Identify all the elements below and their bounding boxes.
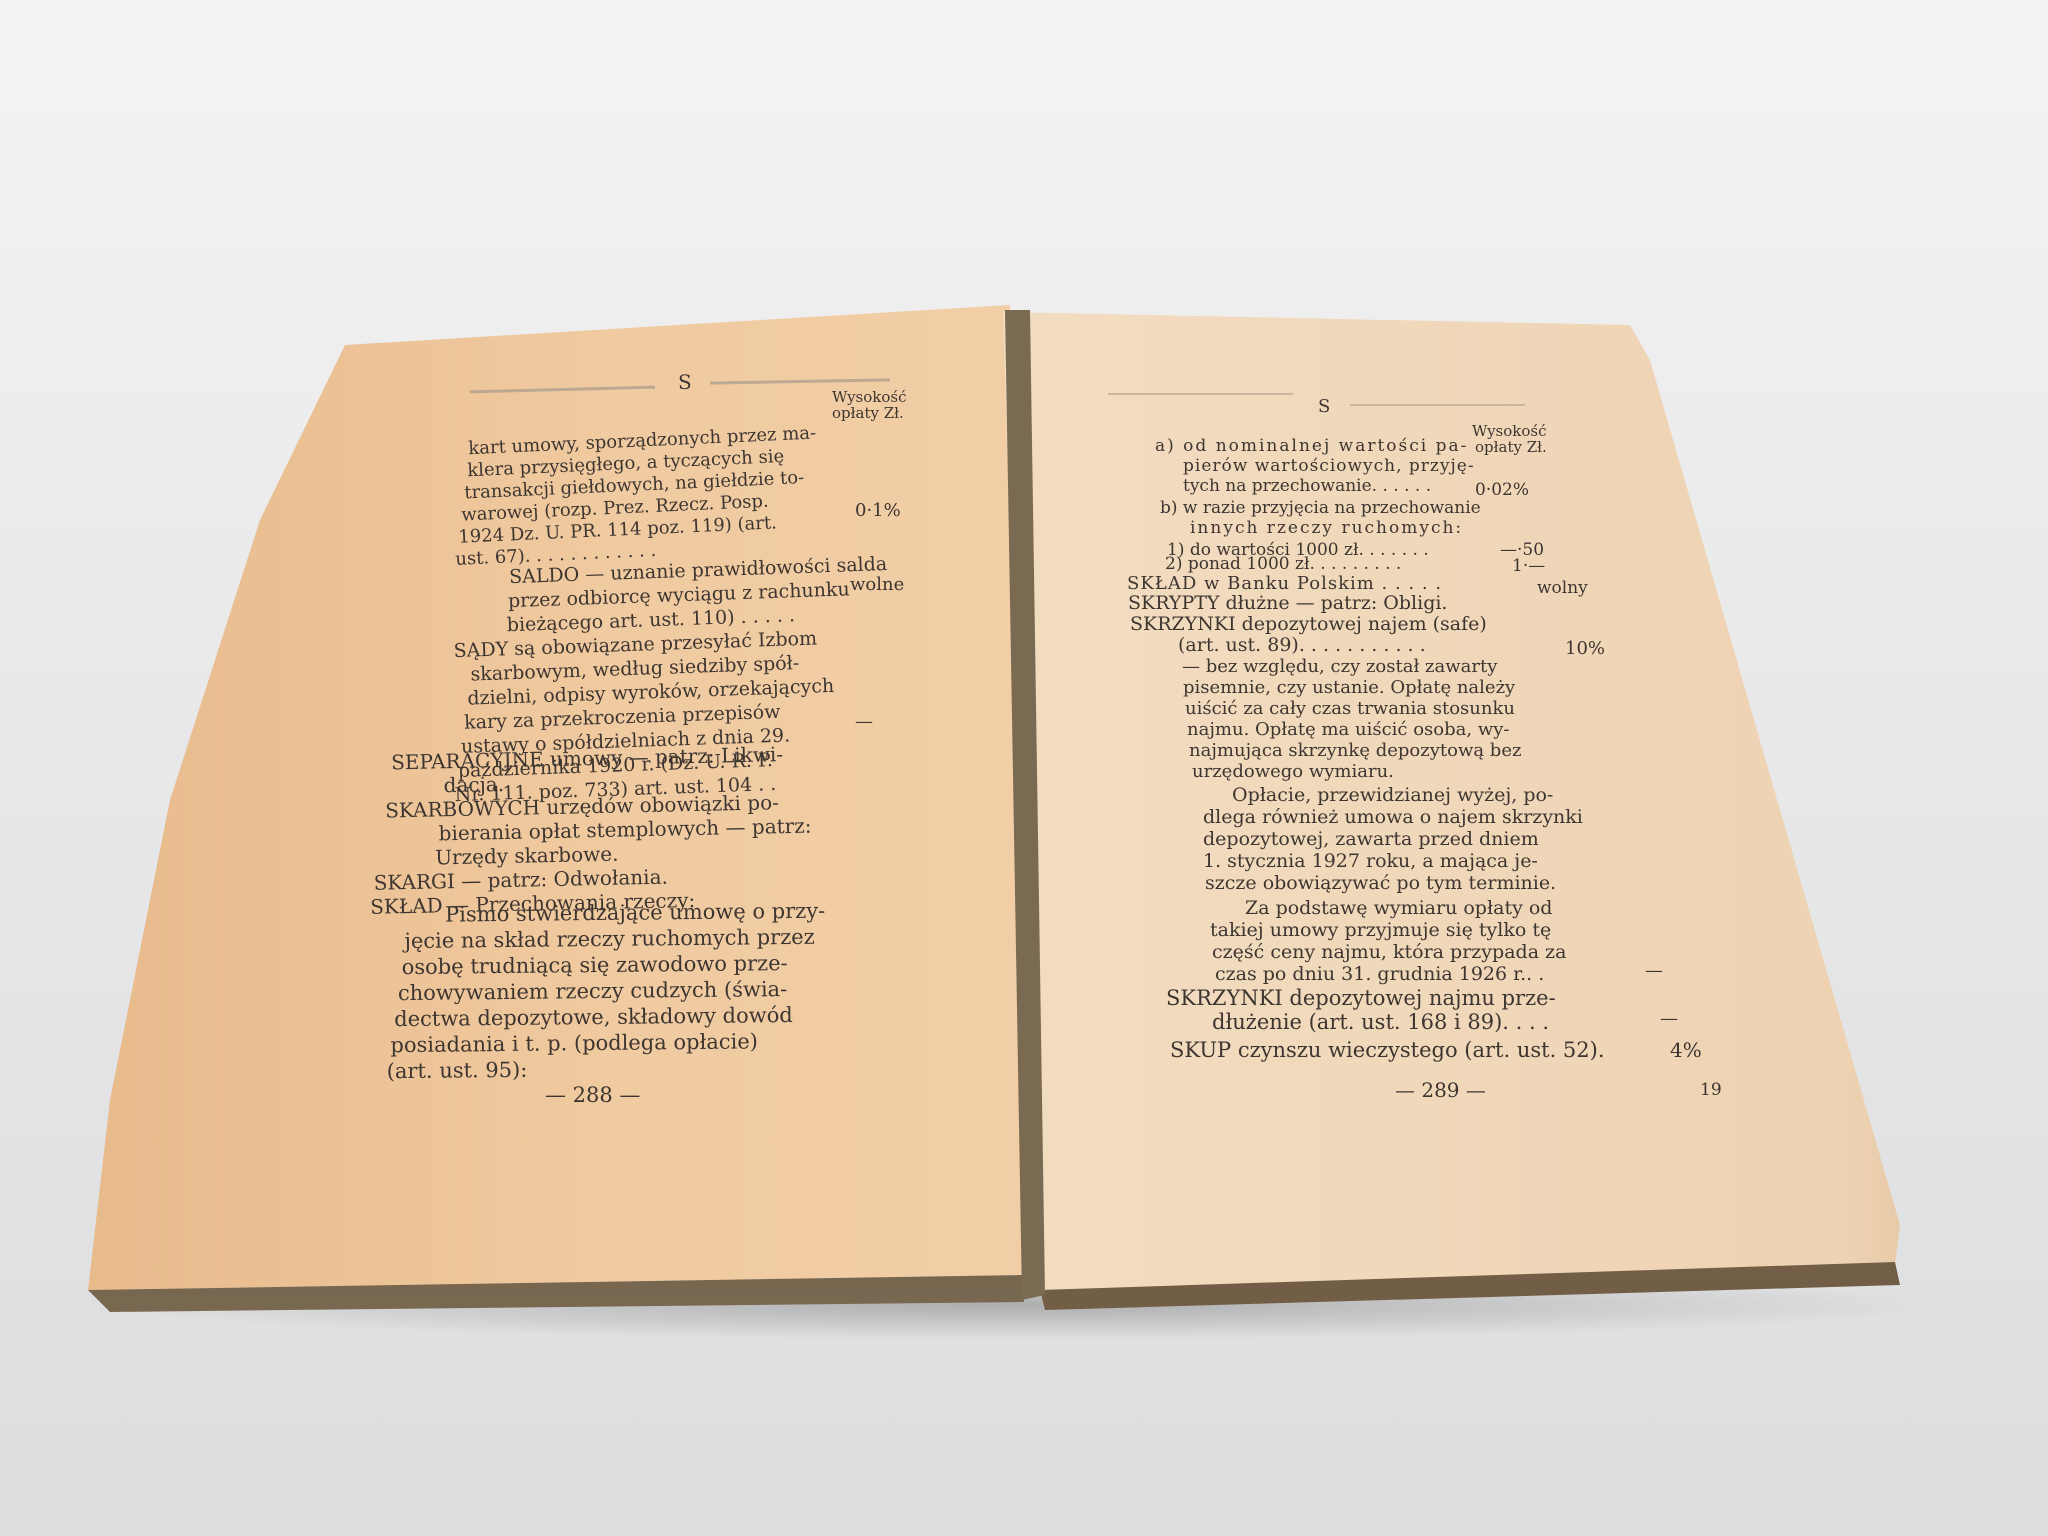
- text-line: uiścić za cały czas trwania stosunku: [1185, 700, 1515, 718]
- column-header-1: Wysokość: [1472, 424, 1547, 439]
- text-line: dłużenie (art. ust. 168 i 89). . . .: [1212, 1012, 1549, 1033]
- text-line: tych na przechowanie. . . . . .: [1183, 478, 1431, 495]
- text-line: 2) ponad 1000 zł. . . . . . . . .: [1165, 556, 1401, 573]
- text-line: czas po dniu 31. grudnia 1926 r.. .: [1215, 965, 1544, 984]
- text-line: osobę trudniącą się zawodowo prze-: [402, 953, 788, 978]
- text-line: (art. ust. 89). . . . . . . . . . .: [1178, 636, 1426, 655]
- signature-mark: 19: [1700, 1082, 1722, 1099]
- fee-value: wolny: [1537, 580, 1588, 597]
- fee-value: —: [1660, 1010, 1678, 1028]
- text-line: dlega również umowa o najem skrzynki: [1203, 808, 1583, 827]
- text-line: najmująca skrzynkę depozytową bez: [1189, 742, 1521, 760]
- fee-value: 1·—: [1512, 558, 1545, 575]
- text-line: Urzędy skarbowe.: [435, 844, 619, 868]
- text-line: dacja.: [443, 774, 504, 795]
- text-line: pierów wartościowych, przyję-: [1183, 458, 1475, 475]
- fee-value: 4%: [1670, 1040, 1702, 1060]
- text-line: chowywaniem rzeczy cudzych (świa-: [398, 979, 788, 1004]
- text-line: dectwa depozytowe, składowy dowód: [394, 1005, 793, 1030]
- text-line: SKŁAD w Banku Polskim . . . . .: [1127, 575, 1442, 593]
- header-rule-left: [1108, 393, 1293, 395]
- fee-value: 0·02%: [1475, 482, 1529, 499]
- fee-value: —: [1645, 962, 1663, 980]
- text-line: a) od nominalnej wartości pa-: [1155, 438, 1468, 455]
- text-line: Pismo stwierdzające umowę o przy-: [445, 901, 825, 926]
- fee-value: 0·1%: [855, 502, 901, 520]
- text-line: SKRZYNKI depozytowej najem (safe): [1130, 615, 1487, 634]
- text-line: SKUP czynszu wieczystego (art. ust. 52).: [1170, 1040, 1605, 1061]
- section-letter: S: [678, 372, 692, 392]
- text-line: Za podstawę wymiaru opłaty od: [1245, 899, 1552, 918]
- text-line: urzędowego wymiaru.: [1192, 763, 1394, 781]
- column-header-1: Wysokość: [832, 390, 907, 405]
- text-line: Opłacie, przewidzianej wyżej, po-: [1232, 786, 1553, 805]
- fee-value: 10%: [1565, 640, 1605, 658]
- text-line: — bez względu, czy został zawarty: [1182, 658, 1497, 676]
- section-letter: S: [1318, 398, 1330, 416]
- text-line: jęcie na skład rzeczy ruchomych przez: [404, 927, 815, 952]
- text-line: innych rzeczy ruchomych:: [1190, 520, 1463, 537]
- column-header-2: opłaty Zł.: [832, 406, 904, 421]
- text-line: depozytowej, zawarta przed dniem: [1203, 830, 1539, 849]
- text-line: najmu. Opłatę ma uiścić osoba, wy-: [1187, 721, 1509, 739]
- text-line: część ceny najmu, która przypada za: [1212, 943, 1566, 962]
- text-line: SKRZYNKI depozytowej najmu prze-: [1166, 988, 1556, 1009]
- text-line: (art. ust. 95):: [387, 1060, 528, 1082]
- page-number: — 288 —: [545, 1085, 640, 1106]
- text-line: pisemnie, czy ustanie. Opłatę należy: [1183, 679, 1515, 697]
- text-line: b) w razie przyjęcia na przechowanie: [1160, 500, 1481, 517]
- text-line: posiadania i t. p. (podlega opłacie): [390, 1031, 758, 1056]
- fee-value: wolne: [850, 576, 904, 594]
- text-line: szcze obowiązywać po tym terminie.: [1205, 874, 1556, 893]
- header-rule-right: [1350, 404, 1525, 406]
- fee-value: —: [855, 713, 873, 731]
- text-line: 1. stycznia 1927 roku, a mająca je-: [1203, 852, 1538, 871]
- text-line: SKRYPTY dłużne — patrz: Obligi.: [1128, 594, 1447, 613]
- column-header-2: opłaty Zł.: [1475, 440, 1547, 455]
- text-line: takiej umowy przyjmuje się tylko tę: [1210, 921, 1551, 940]
- page-number: — 289 —: [1395, 1080, 1486, 1100]
